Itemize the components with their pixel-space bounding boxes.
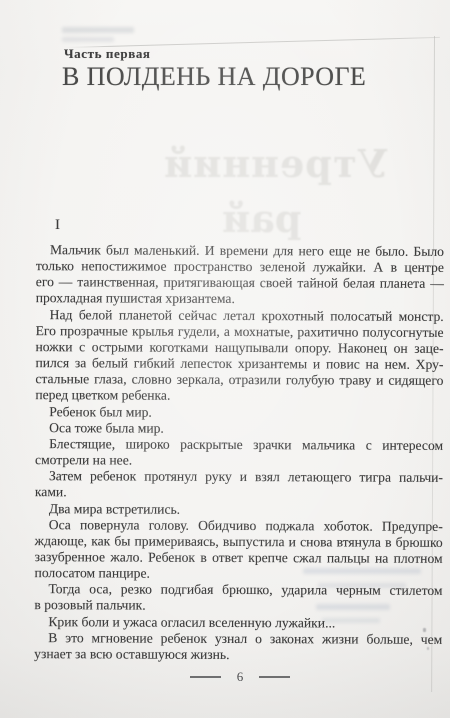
body-line: только непостижимое пространство зеленой… [36,258,444,276]
showthrough-smudge [62,27,134,33]
body-line: ками. [35,484,443,502]
page-footer: 6 [36,669,444,685]
footer-rule-right [259,676,290,678]
body-line: Крик боли и ужаса огласил вселенную лужа… [34,614,442,632]
part-title: В ПОЛДЕНЬ НА ДОРОГЕ [62,62,366,92]
body-line: Блестящие, широко раскрытые зрачки мальч… [35,436,443,454]
body-line: Ребенок был мир. [35,404,443,422]
body-line: смотрели на нее. [35,452,443,470]
book-page-scan: Утренний рай Часть первая В ПОЛДЕНЬ НА Д… [0,0,450,718]
showthrough-smudge [62,37,114,42]
body-line: Тогда оса, резко подгибая брюшко, ударил… [34,581,442,599]
body-line: стальные глаза, словно зеркала, отразили… [35,371,443,389]
body-line: Над белой планетой сейчас летал крохотны… [36,307,444,325]
footer-rule-left [190,676,221,678]
body-line: Оса тоже была мир. [35,420,443,438]
body-line: Оса повернула голову. Обидчиво поджала х… [35,517,443,535]
page-number: 6 [237,669,244,685]
chapter-numeral: I [55,217,60,234]
body-line: узнает за всю оставшуюся жизнь. [34,646,442,664]
body-line: Мальчик был маленький. И времени для нег… [36,242,444,260]
body-line: перед цветком ребенка. [35,388,443,406]
body-line: ждающе, как бы примериваясь, выпустила и… [35,533,443,551]
showthrough-title-line1: Утренний [163,141,388,186]
showthrough-title-line2: рай [222,196,301,241]
part-label: Часть первая [64,46,151,62]
body-line: Два мира встретились. [35,501,443,519]
body-line: полосатом панцире. [35,565,443,583]
body-text: Мальчик был маленький. И времени для нег… [34,242,444,664]
body-line: его — таинственная, притягивающая своей … [36,274,444,292]
body-line: ножки с острыми коготками нащупывали опо… [36,339,444,357]
body-line: пился за белый гибкий лепесток хризантем… [35,355,443,373]
body-line: зазубренное жало. Ребенок в ответ крепче… [35,549,443,567]
body-line: В это мгновение ребенок узнал о законах … [34,630,442,648]
body-line: прохладная пушистая хризантема. [36,291,444,309]
body-line: в розовый пальчик. [34,598,442,616]
body-line: Затем ребенок протянул руку и взял летаю… [35,468,443,486]
body-line: Его прозрачные крылья гудели, а мохнатые… [36,323,444,341]
